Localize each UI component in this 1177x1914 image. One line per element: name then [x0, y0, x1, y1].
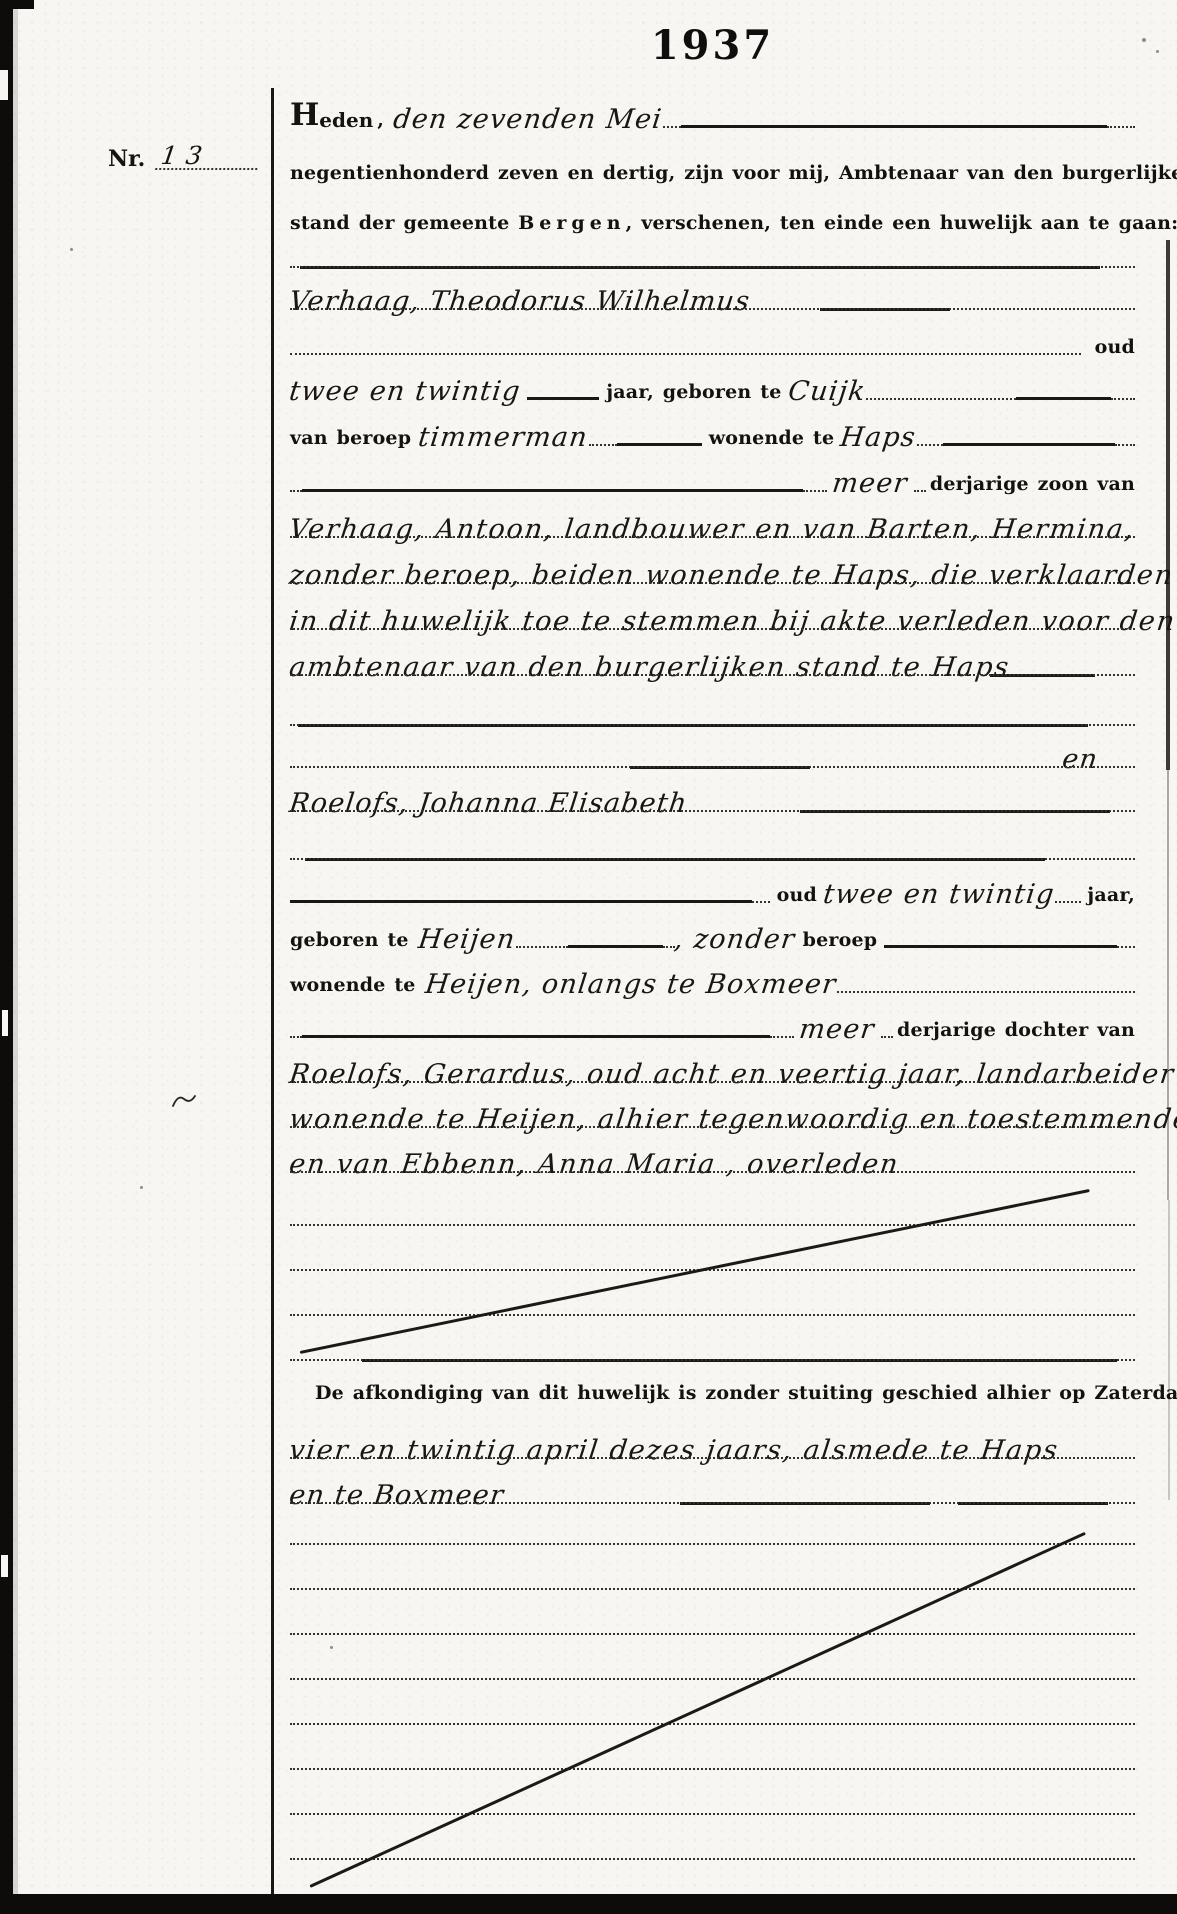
blank-ruled-line — [290, 1315, 1135, 1361]
groom-majority-row: meer derjarige zoon van — [290, 446, 1135, 492]
form-margin-rule — [271, 88, 274, 1894]
blank-ruled-line — [290, 1724, 1135, 1770]
groom-occupation-row: van beroep timmerman wonende te Haps — [290, 400, 1135, 446]
scan-speck — [70, 248, 73, 251]
blank-ruled-line — [290, 1180, 1135, 1226]
announcement-date-row: vier en twintig april dezes jaars, alsme… — [290, 1413, 1135, 1459]
heden-comma: , — [373, 111, 394, 130]
solid-rule — [990, 674, 1095, 677]
certificate-number: Nr. 13 — [108, 136, 259, 170]
groom-parents-line-3: in dit huwelijk toe te stemmen bij akte … — [290, 584, 1135, 630]
heden-row: H eden , den zevenden Mei — [290, 82, 1135, 128]
groom-parents-handwritten: ambtenaar van den burgerlijken stand te … — [288, 654, 1012, 681]
scan-streak-right — [1168, 1200, 1170, 1500]
dotted-rule — [663, 126, 681, 128]
bride-parents-handwritten: en van Ebbenn, Anna Maria , overleden — [288, 1151, 901, 1178]
groom-parents-line-2: zonder beroep, beiden wonende te Haps, d… — [290, 538, 1135, 584]
year-heading: 1937 — [290, 22, 1135, 69]
scan-speck — [140, 1186, 143, 1189]
blank-ruled-line — [290, 814, 1135, 860]
announcement-printed: De afkondiging van dit huwelijk is zonde… — [290, 1382, 1160, 1406]
groom-oud-row: oud — [290, 309, 1135, 355]
groom-parents-line-1: Verhaag, Antoon, landbouwer en van Barte… — [290, 492, 1135, 538]
heden-label-initial: H — [290, 100, 319, 131]
solid-rule — [681, 125, 1107, 128]
certificate-number-value: 13 — [155, 143, 261, 170]
blank-ruled-line — [290, 1769, 1135, 1815]
bride-name-row: Roelofs, Johanna Elisabeth — [290, 766, 1135, 812]
bride-parents-line-2: wonende te Heijen, alhier tegenwoordig e… — [290, 1082, 1135, 1128]
scan-edge-notch — [2, 1010, 8, 1036]
blank-ruled-line — [290, 1499, 1135, 1545]
blank-ruled-line — [290, 222, 1135, 268]
dotted-rule — [1107, 126, 1135, 128]
blank-ruled-line — [290, 1634, 1135, 1680]
margin-check-mark — [170, 1090, 198, 1114]
en-row: en — [290, 722, 1135, 768]
date-handwritten: den zevenden Mei — [392, 106, 664, 133]
scan-edge-corner — [0, 0, 34, 9]
announcement-place-row: en te Boxmeer — [290, 1458, 1135, 1504]
bride-parents-line-1: Roelofs, Gerardus, oud acht en veertig j… — [290, 1037, 1135, 1083]
bride-birthplace-row: geboren te Heijen , zonder beroep — [290, 902, 1135, 948]
bride-majority-row: meer derjarige dochter van — [290, 992, 1135, 1038]
groom-parents-line-4: ambtenaar van den burgerlijken stand te … — [290, 630, 1135, 676]
intro-line-2: negentienhonderd zeven en dertig, zijn v… — [290, 162, 1135, 186]
certificate-page: 1937 Nr. 13 H eden , den zevenden Mei ne… — [0, 0, 1177, 1914]
blank-ruled-line — [290, 1225, 1135, 1271]
bride-age-row: oud twee en twintig jaar, — [290, 857, 1135, 903]
solid-rule — [362, 1359, 1117, 1362]
solid-rule — [800, 810, 1110, 813]
bride-parents-line-3: en van Ebbenn, Anna Maria , overleden — [290, 1127, 1135, 1173]
scan-edge-notch — [1, 1555, 8, 1577]
scan-speck — [1142, 38, 1146, 42]
heden-label: eden — [319, 110, 373, 130]
blank-ruled-line — [290, 680, 1135, 726]
scan-speck — [1156, 50, 1159, 53]
blank-ruled-line — [290, 1589, 1135, 1635]
heden-label-text: eden — [319, 108, 373, 132]
bride-name-handwritten: Roelofs, Johanna Elisabeth — [288, 790, 689, 817]
scan-edge-shadow — [13, 0, 18, 1914]
scan-edge-bottom — [0, 1894, 1177, 1914]
scan-edge-left — [0, 0, 13, 1914]
groom-name-row: Verhaag, Theodorus Wilhelmus — [290, 264, 1135, 310]
blank-ruled-line — [290, 1270, 1135, 1316]
bride-residence-row: wonende te Heijen, onlangs te Boxmeer — [290, 947, 1135, 993]
scan-streak-right — [1166, 240, 1170, 770]
certificate-number-label: Nr. — [108, 148, 145, 170]
scan-edge-notch — [0, 70, 8, 100]
groom-age-row: twee en twintig jaar, geboren te Cuijk — [290, 354, 1135, 400]
scan-streak-right — [1167, 770, 1169, 1200]
